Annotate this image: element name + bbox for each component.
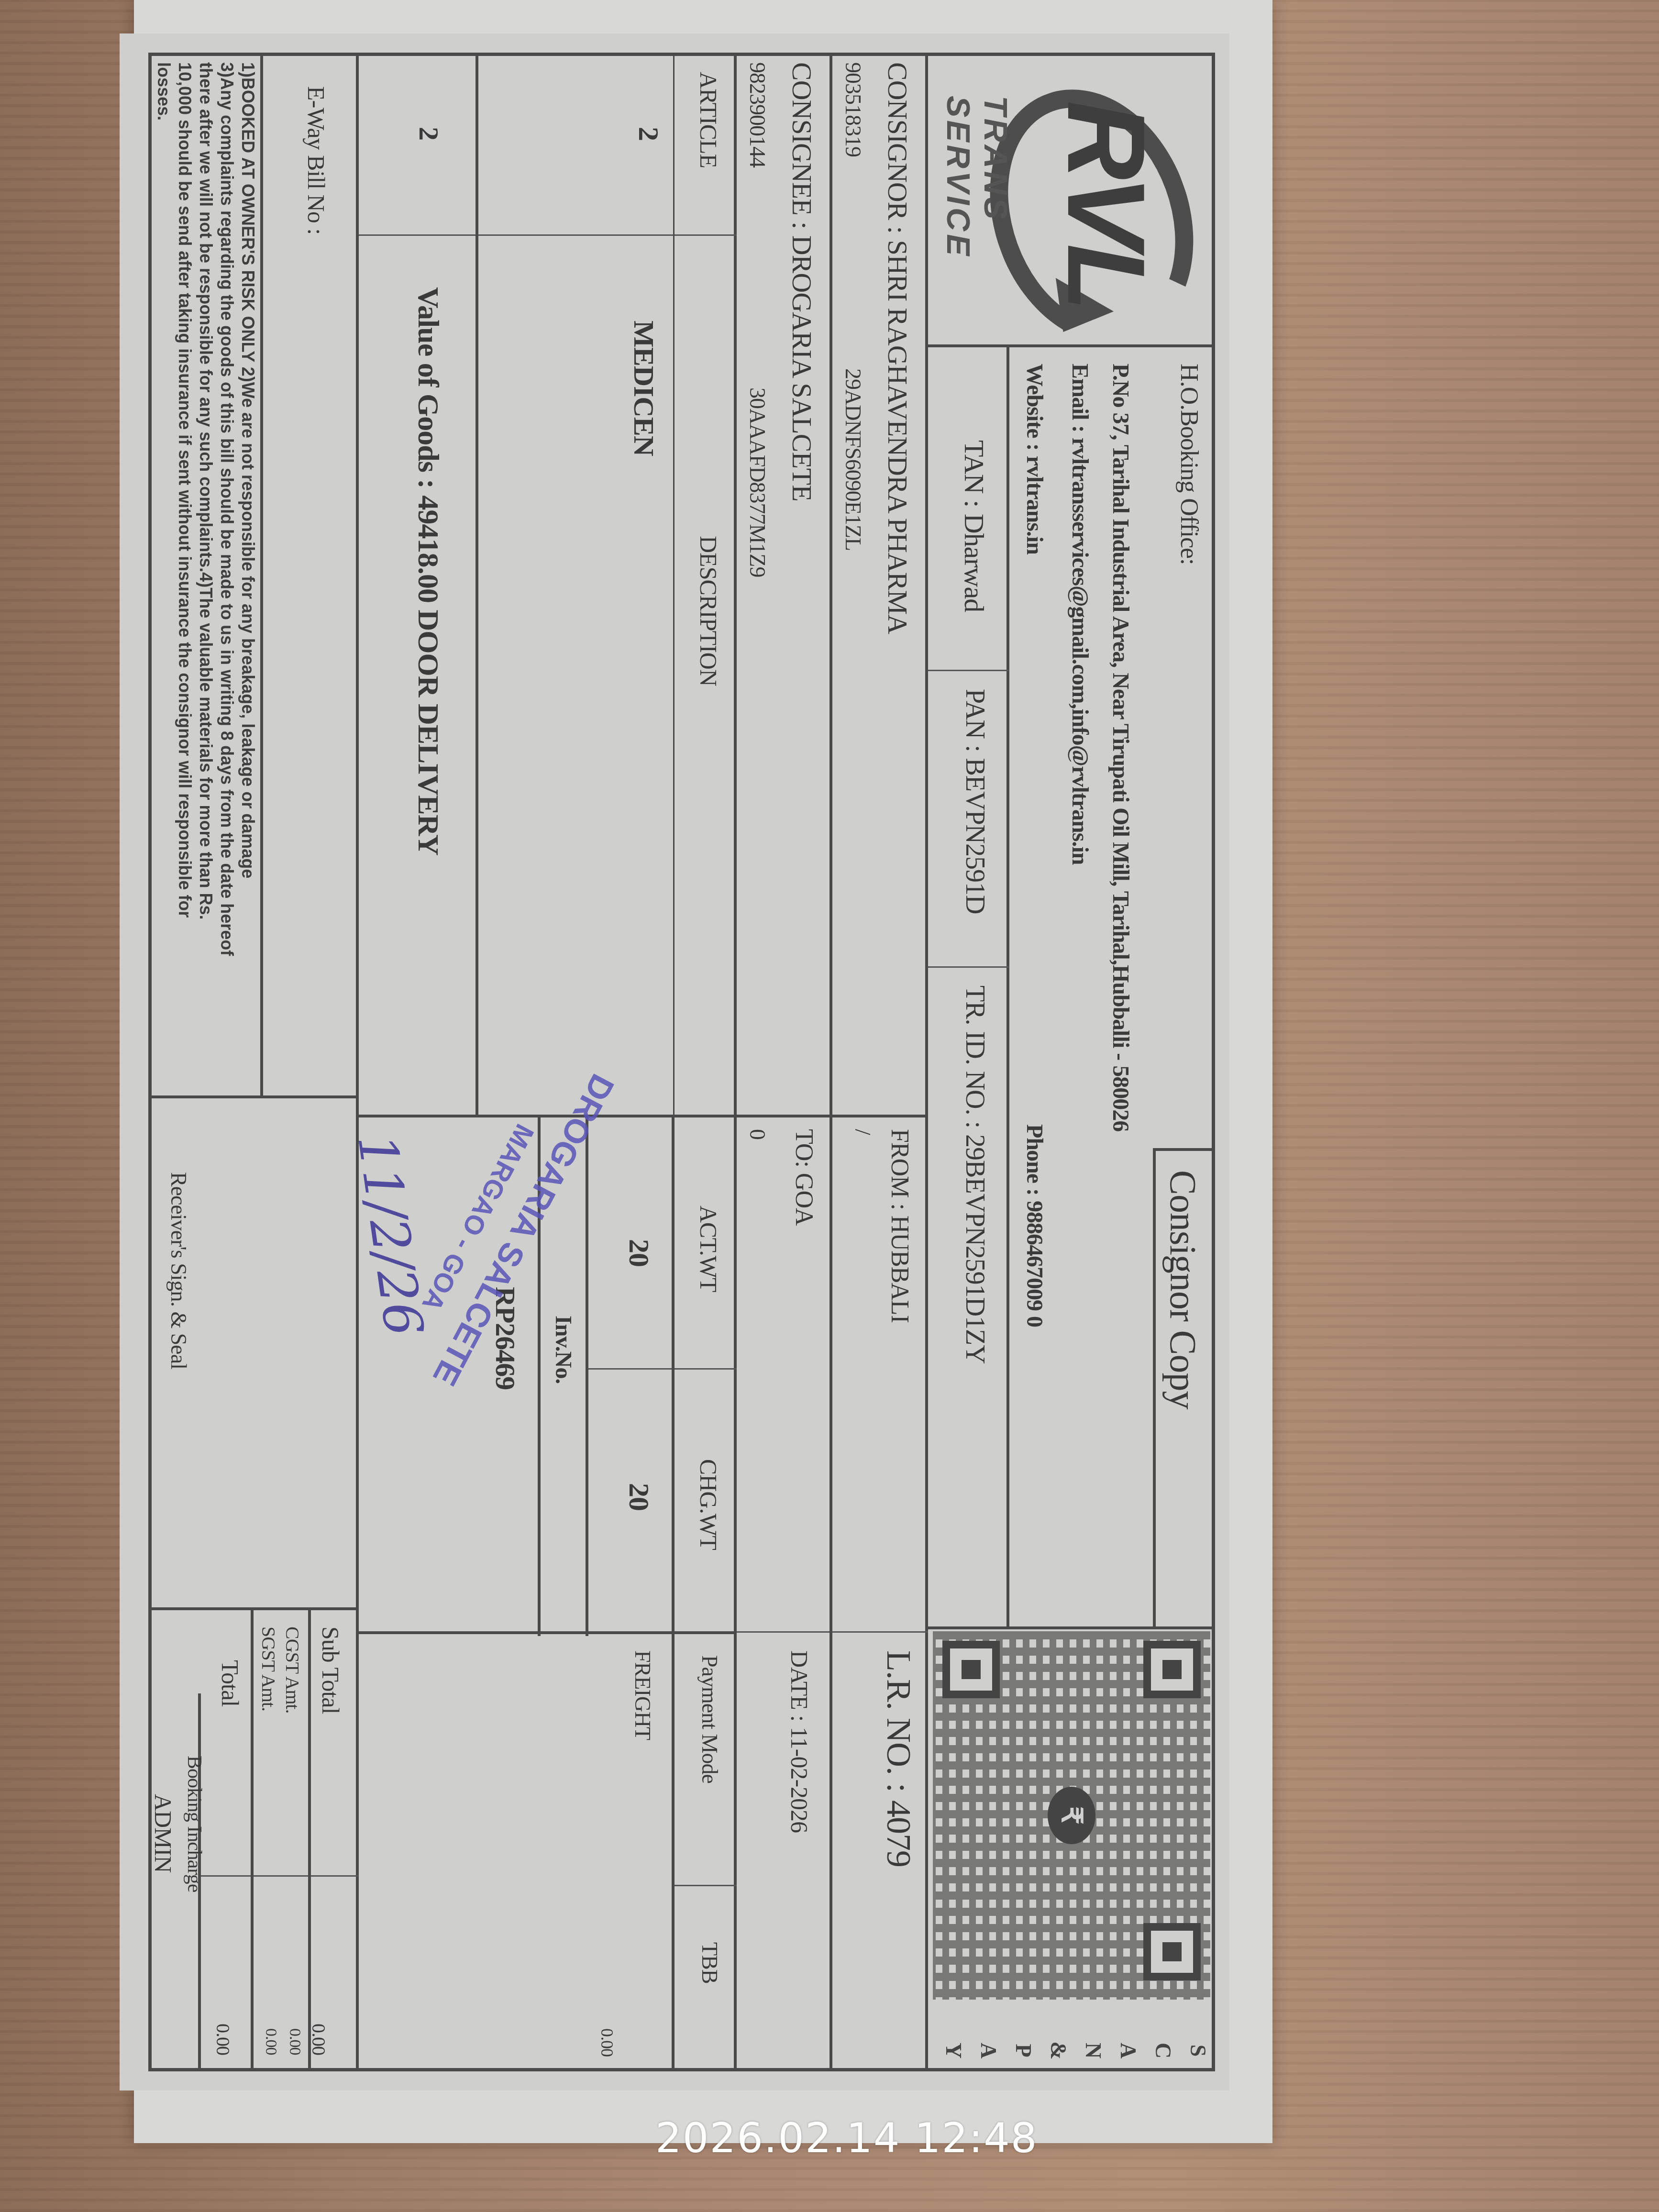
company-phone: Phone : 9886467009 0 xyxy=(1021,1124,1048,1327)
consignee-name: CONSIGNEE : DROGARIA SALCETE xyxy=(786,62,818,501)
upi-qr-code[interactable]: ₹ xyxy=(933,1631,1210,2000)
header-article: ARTICLE xyxy=(695,72,722,168)
qr-finder-icon xyxy=(942,1641,1000,1698)
copy-label: Consignor Copy xyxy=(1161,1170,1205,1409)
pan-value: PAN : BEVPN2591D xyxy=(960,689,990,914)
chg-wt-value: 20 xyxy=(622,1483,655,1511)
copy-label-box: Consignor Copy xyxy=(1153,1148,1215,1626)
header-act-wt: ACT.WT xyxy=(695,1206,722,1292)
qr-finder-icon xyxy=(1143,1923,1201,1980)
sgst-label: SGST Amt. xyxy=(257,1626,280,1711)
lorry-receipt: RVL TRANS SERVICE Consignor Copy H.O.Boo… xyxy=(120,33,1229,2090)
divider xyxy=(829,53,832,2071)
company-email: Email : rvltransservices@gmail.com,info@… xyxy=(1067,364,1093,864)
header-payment-mode: Payment Mode xyxy=(697,1655,722,1783)
booking-incharge-label: Booking Incharge xyxy=(183,1756,206,1892)
divider xyxy=(359,1631,737,1634)
receiver-sign-label: Receiver's Sign. & Seal xyxy=(166,1172,191,1369)
divider xyxy=(359,1115,928,1117)
article-count: 2 xyxy=(632,127,665,141)
divider xyxy=(928,966,1009,968)
consignee-phone: 9823900144 xyxy=(745,62,770,167)
sub-total-value: 0.00 xyxy=(308,2024,330,2055)
cgst-value: 0.00 xyxy=(286,2028,304,2055)
cgst-label: CGST Amt. xyxy=(281,1626,304,1713)
qr-finder-icon xyxy=(1143,1641,1201,1698)
total-label: Total xyxy=(216,1660,244,1706)
divider xyxy=(672,1115,675,2071)
scan-pay-label: SCAN&PAY xyxy=(933,2038,1210,2063)
divider xyxy=(476,53,478,1115)
divider xyxy=(308,1607,311,2071)
consignor-phone: 903518319 xyxy=(841,62,866,157)
divider xyxy=(673,53,675,1115)
divider xyxy=(201,1875,359,1877)
tr-id-value: TR. ID. NO. : 29BEVPN2591D1ZY xyxy=(960,985,990,1364)
goods-count: 2 xyxy=(413,127,445,140)
divider xyxy=(588,1368,737,1370)
freight-value: 0.00 xyxy=(597,2028,617,2057)
divider xyxy=(359,234,737,236)
divider xyxy=(148,1095,359,1098)
divider xyxy=(148,1607,359,1610)
company-address: P.No 37, Tarihal Industrial Area, Near T… xyxy=(1107,364,1134,1131)
office-label: H.O.Booking Office: xyxy=(1175,364,1203,565)
header-chg-wt: CHG.WT xyxy=(695,1459,722,1550)
company-website: Website : rvltrans.in xyxy=(1021,364,1048,554)
divider xyxy=(925,53,928,2071)
divider xyxy=(1006,344,1009,1626)
invoice-label: Inv.No. xyxy=(550,1316,576,1383)
divider xyxy=(260,53,263,1095)
consignee-gstin: 30AAAFD8377M1Z9 xyxy=(745,387,770,577)
divider xyxy=(675,1885,737,1886)
divider xyxy=(251,1607,254,2071)
route-to-sub: 0 xyxy=(745,1129,770,1139)
divider xyxy=(928,344,1215,347)
description-value: MEDICEN xyxy=(627,321,660,456)
divider xyxy=(734,53,737,2071)
freight-label: FREIGHT xyxy=(630,1650,655,1740)
sgst-value: 0.00 xyxy=(262,2028,280,2055)
header-description: DESCRIPTION xyxy=(695,536,722,686)
consignor-name: CONSIGNOR : SHRI RAGHAVENDRA PHARMA xyxy=(882,62,914,634)
logo-text: RVL xyxy=(1043,100,1170,306)
company-logo: RVL TRANS SERVICE xyxy=(978,67,1203,335)
eway-bill-label: E-Way Bill No : xyxy=(302,86,330,234)
terms-and-conditions: 1)BOOKED AT OWNER'S RISK ONLY 2)We are n… xyxy=(153,62,258,956)
lr-date: DATE : 11-02-2026 xyxy=(785,1650,813,1833)
booking-incharge-name: ADMIN xyxy=(149,1794,177,1872)
logo-subtitle: TRANS SERVICE xyxy=(940,96,1014,335)
lr-number: L.R. NO. : 4079 xyxy=(879,1650,918,1867)
divider xyxy=(586,1115,588,1636)
consignor-gstin: 29ADNFS6090E1ZL xyxy=(841,368,866,551)
route-to: TO: GOA xyxy=(790,1129,818,1225)
route-from: FROM : HUBBALI xyxy=(885,1129,914,1323)
goods-value: Value of Goods : 49418.00 DOOR DELIVERY xyxy=(411,287,445,855)
rupee-icon: ₹ xyxy=(1048,1787,1095,1844)
divider xyxy=(928,670,1009,671)
tan-value: TAN : Dharwad xyxy=(958,440,990,612)
divider xyxy=(356,53,359,2071)
act-wt-value: 20 xyxy=(622,1239,655,1267)
payment-mode-value: TBB xyxy=(697,1942,722,1983)
total-value: 0.00 xyxy=(212,2024,234,2055)
photo-timestamp: 2026.02.14 12:48 xyxy=(655,2114,1038,2162)
route-from-sub: / xyxy=(850,1129,875,1135)
sub-total-label: Sub Total xyxy=(317,1626,344,1714)
divider xyxy=(928,1626,1215,1629)
